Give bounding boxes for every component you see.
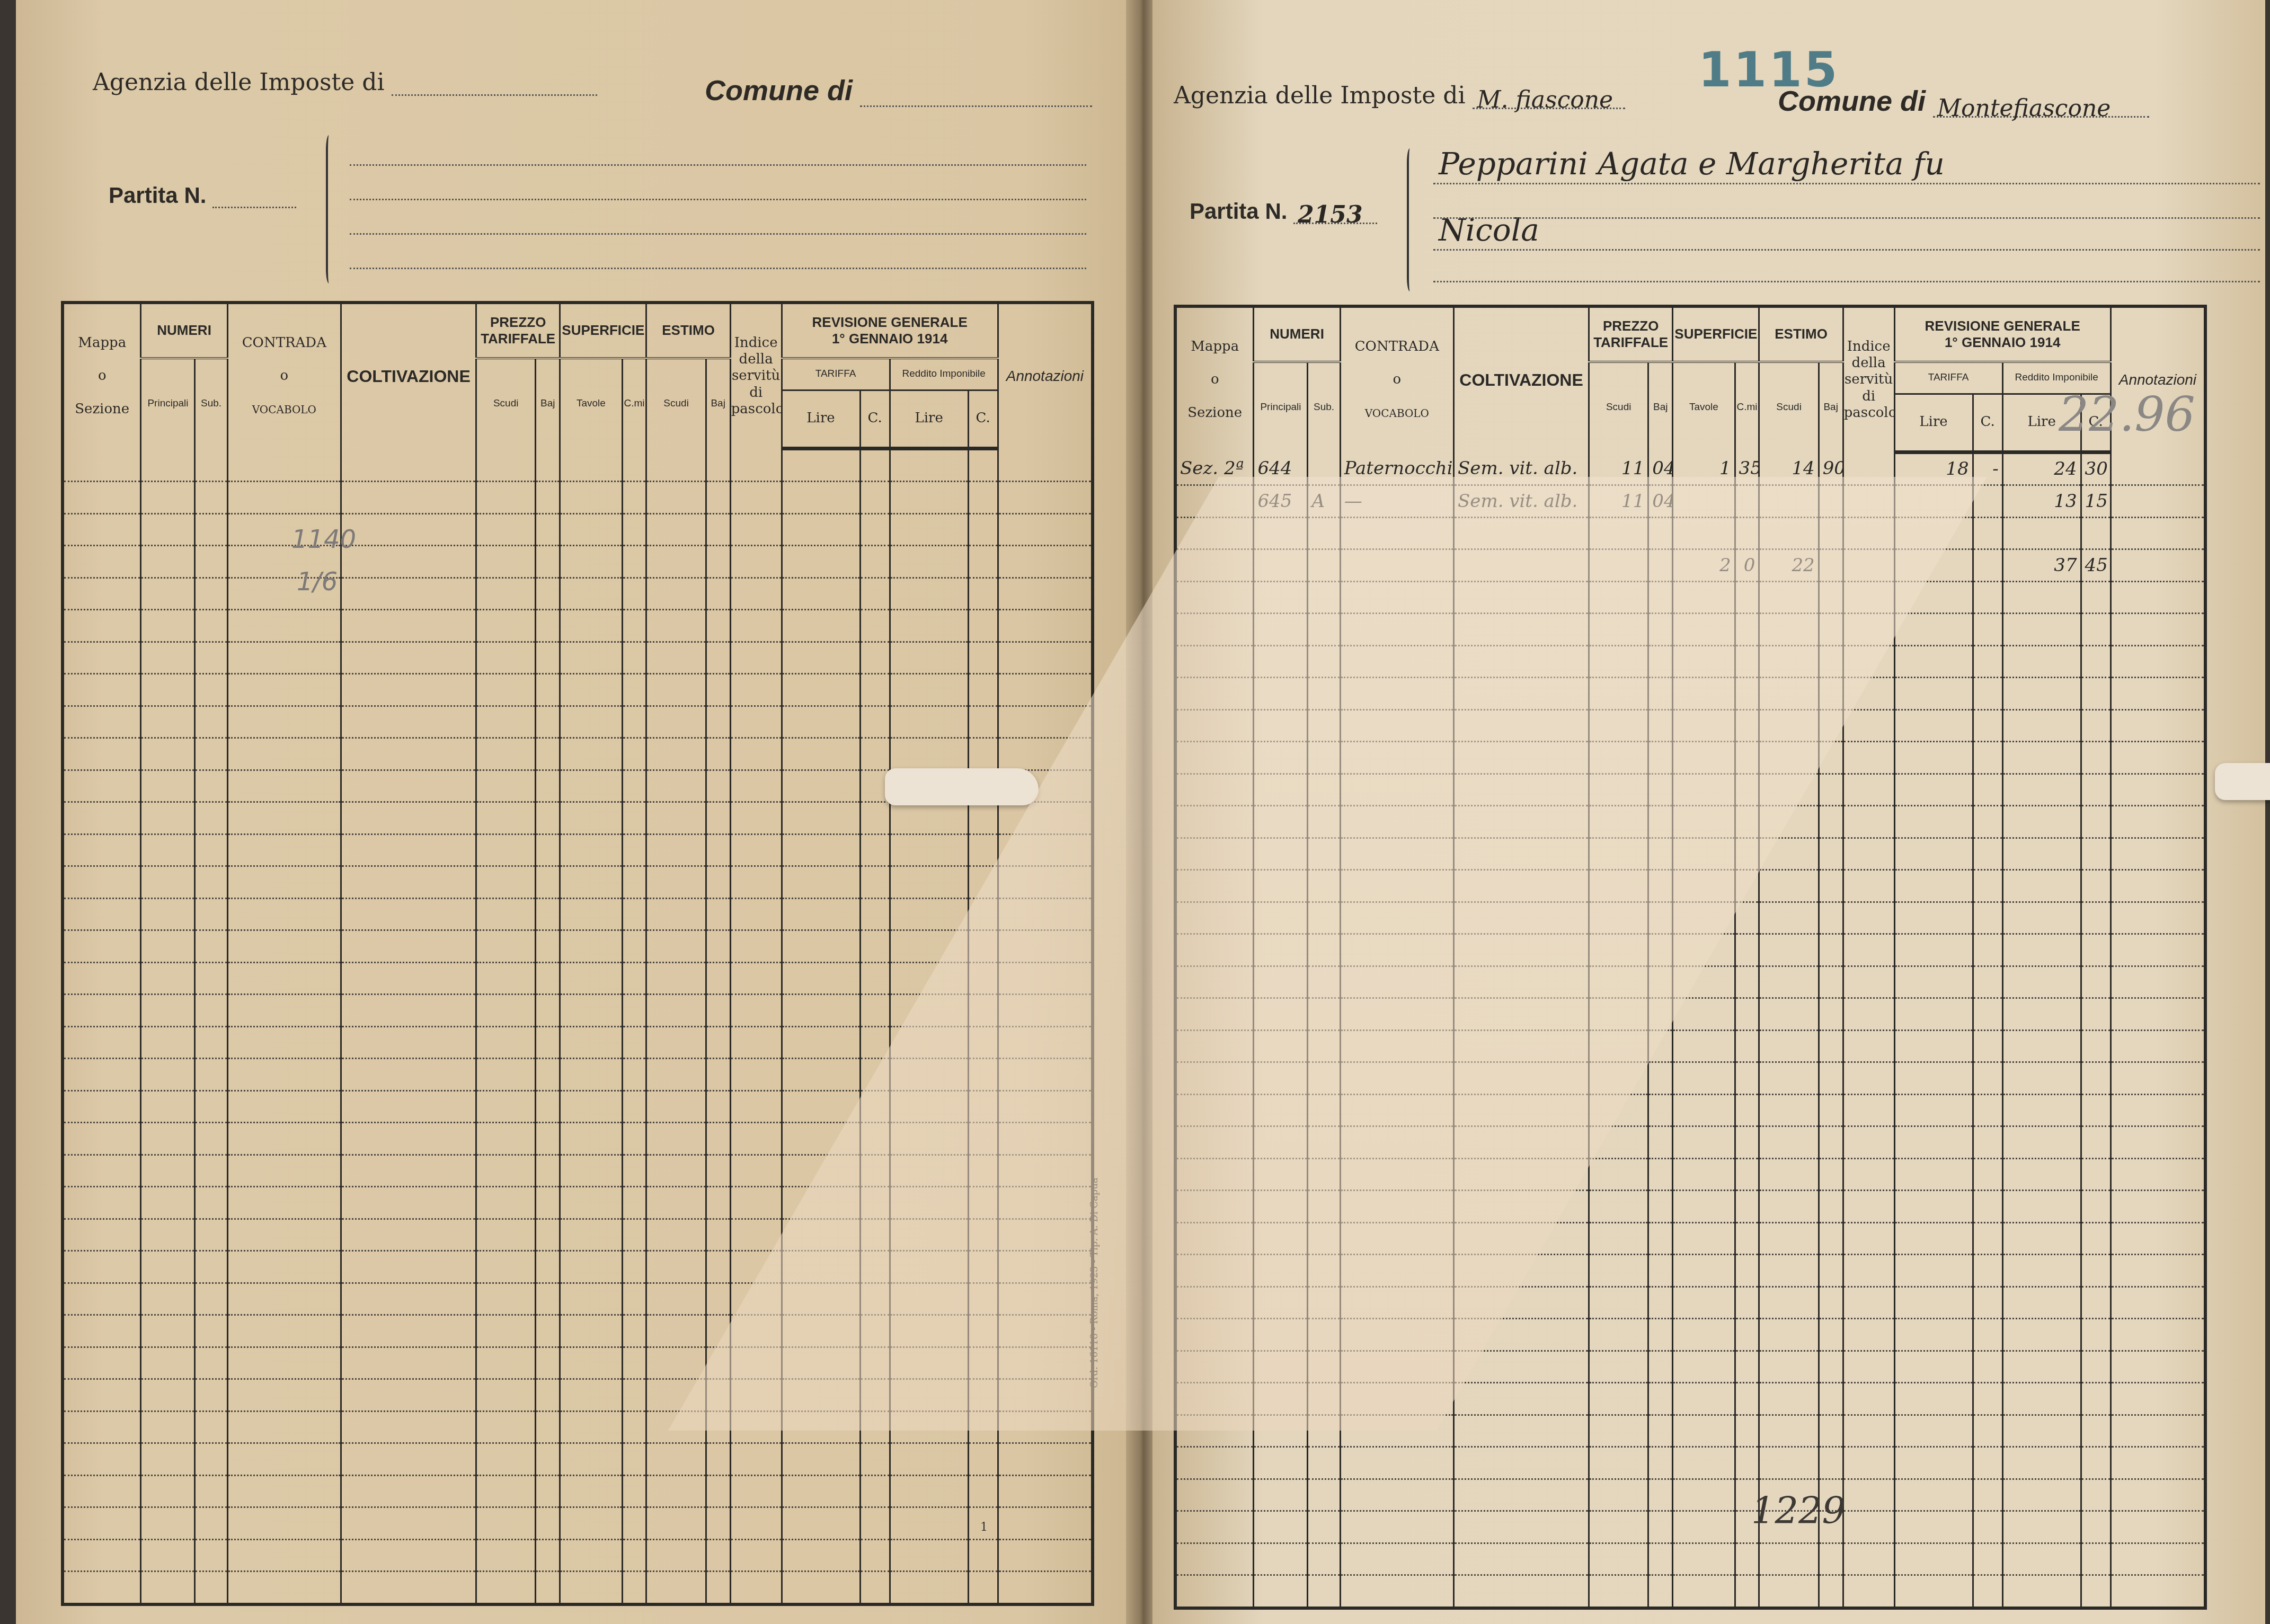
cell-mappa (63, 898, 141, 930)
footer-mark: 1 (980, 1521, 988, 1534)
cell-indice (730, 1251, 782, 1283)
cell-sup-cmi (622, 1090, 646, 1123)
cell-indice (1843, 1062, 1894, 1095)
cell-tariffa-lire (1894, 1575, 1973, 1608)
cell-estimo-scudi (1759, 774, 1819, 806)
cell-sub (195, 1123, 227, 1155)
cell-contrada (227, 1219, 341, 1251)
cell-sup-tavole (560, 1283, 622, 1315)
cell-principali (1254, 1222, 1308, 1255)
cell-sup-tavole (560, 1475, 622, 1507)
partita-label: Partita N. (1190, 199, 1287, 224)
cell-prezzo-baj (1648, 1383, 1673, 1415)
cell-prezzo-scudi (476, 738, 536, 770)
cell-mappa (1175, 678, 1254, 710)
cell-indice (1843, 902, 1894, 934)
cell-mappa (63, 1507, 141, 1540)
cell-prezzo-scudi (1589, 1222, 1648, 1255)
cell-prezzo-scudi (476, 1251, 536, 1283)
cell-mappa (1175, 1447, 1254, 1479)
cell-indice (730, 546, 782, 578)
cell-sup-tavole (1673, 1543, 1735, 1575)
cell-sup-cmi (1735, 774, 1759, 806)
table-row (63, 898, 1093, 930)
cell-annotazioni (998, 610, 1093, 642)
cell-reddito-lire (890, 1251, 968, 1283)
cell-sup-tavole (1673, 517, 1735, 549)
cell-estimo-scudi (646, 1411, 706, 1443)
cell-estimo-baj (1819, 1286, 1843, 1319)
cell-sub (195, 578, 227, 610)
cell-principali (1254, 1094, 1308, 1126)
cell-sup-cmi (1735, 1319, 1759, 1351)
paper-tear (885, 768, 1039, 805)
cell-principali (141, 513, 195, 546)
cell-sub (1308, 1286, 1340, 1319)
cell-sub (195, 802, 227, 835)
cell-mappa (63, 578, 141, 610)
owner-line (350, 233, 1086, 235)
cell-contrada (227, 770, 341, 802)
agenzia-label: Agenzia delle Imposte di (1174, 82, 1465, 109)
cell-sup-tavole (560, 930, 622, 963)
col-prezzo: PREZZOTARIFFALE (1589, 306, 1673, 362)
right-register-table: MappaoSezioneNUMERICONTRADAoVOCABOLOCOLT… (1174, 305, 2207, 1610)
cell-sub (1308, 1191, 1340, 1223)
cell-sup-tavole (1673, 1255, 1735, 1287)
cell-tariffa-c (860, 1090, 890, 1123)
cell-sub (1308, 1030, 1340, 1062)
cell-coltivazione (1453, 581, 1589, 614)
cell-contrada (227, 1411, 341, 1443)
cell-reddito-c (968, 578, 998, 610)
right-comune-line: Comune di Montefiascone (1778, 85, 2149, 118)
cell-tariffa-c (1973, 1222, 2002, 1255)
cell-sub (195, 546, 227, 578)
cell-estimo-baj (1819, 870, 1843, 902)
cell-prezzo-scudi (476, 1539, 536, 1572)
cell-reddito-lire (890, 1443, 968, 1476)
cell-tariffa-lire (782, 1155, 860, 1187)
cell-indice (730, 706, 782, 738)
cell-tariffa-lire (782, 482, 860, 514)
cell-prezzo-baj (1648, 1543, 1673, 1575)
cell-prezzo-scudi (476, 1219, 536, 1251)
cell-annotazioni (998, 578, 1093, 610)
cell-annotazioni (998, 1475, 1093, 1507)
cell-prezzo-scudi (476, 1090, 536, 1123)
cell-sup-tavole (1673, 838, 1735, 870)
cell-coltivazione (1453, 645, 1589, 678)
cell-contrada (1340, 806, 1453, 838)
cell-indice (730, 578, 782, 610)
col-indice: Indicedellaservitùdipascolo (1843, 306, 1894, 452)
cell-estimo-baj (1819, 1255, 1843, 1287)
cell-tariffa-lire (782, 1026, 860, 1059)
cell-indice (1843, 998, 1894, 1031)
cell-prezzo-scudi (1589, 1319, 1648, 1351)
cell-sub (195, 610, 227, 642)
cell-prezzo-baj (1648, 966, 1673, 998)
cell-tariffa-lire (782, 1572, 860, 1604)
cell-sub (1308, 1447, 1340, 1479)
cell-annotazioni (2111, 614, 2205, 646)
cell-contrada (1340, 774, 1453, 806)
cell-prezzo-scudi (476, 578, 536, 610)
cell-reddito-c (968, 802, 998, 835)
cell-sub (1308, 1511, 1340, 1543)
cell-tariffa-lire (1894, 517, 1973, 549)
cell-tariffa-c (860, 1411, 890, 1443)
table-row (1175, 1126, 2205, 1159)
cell-tariffa-c (860, 674, 890, 706)
cell-sup-tavole (560, 738, 622, 770)
cell-sup-cmi (1735, 966, 1759, 998)
cell-reddito-c (2081, 870, 2111, 902)
cell-prezzo-baj (1648, 1062, 1673, 1095)
cell-sup-tavole (560, 1219, 622, 1251)
cell-tariffa-lire (1894, 1319, 1973, 1351)
cell-contrada (1340, 870, 1453, 902)
cell-estimo-scudi (1759, 1319, 1819, 1351)
cell-sub (195, 1572, 227, 1604)
cell-estimo-scudi (646, 1475, 706, 1507)
cell-mappa (63, 1090, 141, 1123)
cell-contrada (1340, 1511, 1453, 1543)
cell-prezzo-scudi (1589, 549, 1648, 582)
cell-tariffa-lire (1894, 709, 1973, 742)
cell-annotazioni (998, 448, 1093, 482)
cell-sup-tavole (1673, 1222, 1735, 1255)
cell-mappa (1175, 1126, 1254, 1159)
col-superficie: SUPERFICIE (1673, 306, 1759, 362)
cell-reddito-lire (2002, 902, 2081, 934)
cell-estimo-scudi (646, 578, 706, 610)
cell-indice (1843, 1447, 1894, 1479)
cell-principali (1254, 1383, 1308, 1415)
cell-sub (195, 1443, 227, 1476)
cell-contrada (227, 1539, 341, 1572)
cell-mappa (1175, 1191, 1254, 1223)
cell-sub (1308, 549, 1340, 582)
cell-tariffa-c (860, 834, 890, 866)
cell-reddito-lire (890, 1475, 968, 1507)
cell-sup-tavole (1673, 581, 1735, 614)
cell-contrada (227, 834, 341, 866)
cell-principali (1254, 1415, 1308, 1447)
cell-prezzo-baj (1648, 645, 1673, 678)
cell-estimo-baj (706, 513, 730, 546)
cell-mappa (1175, 1575, 1254, 1608)
cell-estimo-baj (1819, 966, 1843, 998)
cell-sup-tavole (1673, 1062, 1735, 1095)
cell-sup-cmi (1735, 934, 1759, 966)
cell-principali (141, 1315, 195, 1347)
cell-estimo-scudi (646, 674, 706, 706)
cell-coltivazione (1453, 1575, 1589, 1608)
cell-estimo-baj (706, 448, 730, 482)
cell-principali (141, 482, 195, 514)
cell-estimo-scudi (646, 898, 706, 930)
cell-principali (141, 738, 195, 770)
cell-reddito-c (968, 546, 998, 578)
cell-indice (1843, 1383, 1894, 1415)
cell-tariffa-lire (782, 1443, 860, 1476)
cell-reddito-lire (890, 578, 968, 610)
cell-contrada (227, 1090, 341, 1123)
cell-annotazioni (998, 1572, 1093, 1604)
cell-mappa (1175, 1222, 1254, 1255)
cell-indice (730, 1347, 782, 1379)
cell-contrada (1340, 1319, 1453, 1351)
cell-tariffa-c (860, 802, 890, 835)
cell-coltivazione (1453, 1383, 1589, 1415)
printer-imprint: Ord. 16118 - Roma, 1923 - Tip. A. Di Cap… (1089, 1177, 1100, 1388)
cell-sub (195, 995, 227, 1027)
cell-coltivazione (341, 1155, 476, 1187)
cell-prezzo-scudi (476, 1059, 536, 1091)
cell-prezzo-scudi (1589, 1191, 1648, 1223)
cell-coltivazione (341, 995, 476, 1027)
cell-sup-cmi (622, 995, 646, 1027)
cell-contrada (227, 1251, 341, 1283)
cell-sup-tavole (560, 866, 622, 899)
cell-estimo-baj (1819, 1415, 1843, 1447)
table-row (1175, 614, 2205, 646)
cell-tariffa-lire (782, 1379, 860, 1412)
cell-sup-tavole (1673, 998, 1735, 1031)
cell-prezzo-baj (536, 1090, 560, 1123)
partita-field (212, 191, 296, 208)
cell-principali (141, 1059, 195, 1091)
cell-annotazioni (998, 1090, 1093, 1123)
cell-estimo-baj (706, 802, 730, 835)
cell-reddito-lire (2002, 517, 2081, 549)
cell-sup-tavole (560, 834, 622, 866)
cell-estimo-baj (706, 1507, 730, 1540)
cell-estimo-scudi (1759, 1543, 1819, 1575)
cell-tariffa-c (1973, 581, 2002, 614)
cell-sub (1308, 1351, 1340, 1383)
cell-principali (141, 802, 195, 835)
cell-sub (195, 1315, 227, 1347)
cell-sup-tavole (1673, 678, 1735, 710)
cell-reddito-lire (2002, 966, 2081, 998)
cell-reddito-lire (2002, 1062, 2081, 1095)
cell-sub (195, 898, 227, 930)
table-row (63, 1572, 1093, 1604)
cell-annotazioni (2111, 1511, 2205, 1543)
table-row (63, 1443, 1093, 1476)
cell-principali (1254, 709, 1308, 742)
cell-reddito-lire (2002, 1511, 2081, 1543)
cell-mappa (1175, 902, 1254, 934)
cell-estimo-baj (706, 930, 730, 963)
cell-mappa (63, 1026, 141, 1059)
cell-reddito-lire (890, 1347, 968, 1379)
cell-reddito-c (2081, 614, 2111, 646)
table-row (1175, 581, 2205, 614)
cell-sub (1308, 1543, 1340, 1575)
table-row (63, 995, 1093, 1027)
cell-coltivazione (341, 834, 476, 866)
cell-contrada (227, 1155, 341, 1187)
cell-estimo-baj (706, 738, 730, 770)
cell-prezzo-scudi (476, 610, 536, 642)
cell-prezzo-baj (1648, 549, 1673, 582)
cell-tariffa-lire (782, 1090, 860, 1123)
cell-estimo-baj (706, 1475, 730, 1507)
cell-reddito-lire: 24 (2002, 452, 2081, 485)
cell-estimo-scudi (646, 610, 706, 642)
cell-annotazioni (2111, 1319, 2205, 1351)
cell-prezzo-baj: 04 (1648, 485, 1673, 518)
cell-indice (1843, 517, 1894, 549)
cell-tariffa-lire (782, 802, 860, 835)
cell-estimo-scudi (646, 642, 706, 674)
cell-reddito-c (2081, 1543, 2111, 1575)
cell-sup-cmi: 0 (1735, 549, 1759, 582)
cell-annotazioni (998, 1251, 1093, 1283)
book-spread: Agenzia delle Imposte di Comune di Parti… (0, 0, 2270, 1624)
cell-coltivazione (1453, 709, 1589, 742)
cell-coltivazione (1453, 1191, 1589, 1223)
cell-prezzo-baj (1648, 1030, 1673, 1062)
cell-principali (141, 610, 195, 642)
cell-contrada (1340, 1158, 1453, 1191)
cell-tariffa-lire (1894, 581, 1973, 614)
cell-estimo-baj (1819, 1062, 1843, 1095)
owner-line (1433, 281, 2260, 282)
cell-tariffa-c (860, 546, 890, 578)
cell-estimo-scudi (646, 962, 706, 995)
cell-coltivazione (341, 1572, 476, 1604)
cell-contrada (1340, 742, 1453, 774)
cell-mappa (1175, 1543, 1254, 1575)
cell-prezzo-baj (1648, 934, 1673, 966)
cell-sub (195, 866, 227, 899)
cell-indice (730, 448, 782, 482)
footer-number: 1229 (1751, 1489, 1846, 1532)
cell-annotazioni (998, 1059, 1093, 1091)
cell-tariffa-lire (1894, 678, 1973, 710)
pencil-note: 1/6 (297, 567, 338, 597)
cell-indice (730, 1123, 782, 1155)
cell-prezzo-scudi (476, 802, 536, 835)
cell-contrada (227, 802, 341, 835)
cell-sub (195, 513, 227, 546)
cell-reddito-lire (890, 1411, 968, 1443)
cell-mappa (63, 1123, 141, 1155)
cell-tariffa-c (1973, 645, 2002, 678)
cell-sup-tavole (560, 770, 622, 802)
cell-prezzo-baj (536, 1251, 560, 1283)
cell-estimo-baj (1819, 1383, 1843, 1415)
table-row: 20223745 (1175, 549, 2205, 582)
table-row (63, 738, 1093, 770)
cell-sup-cmi (1735, 1543, 1759, 1575)
cell-sub (1308, 838, 1340, 870)
cell-mappa (63, 738, 141, 770)
cell-mappa (63, 995, 141, 1027)
cell-reddito-c (968, 1443, 998, 1476)
cell-estimo-scudi (1759, 1575, 1819, 1608)
cell-prezzo-baj (536, 1123, 560, 1155)
cell-sup-cmi (622, 706, 646, 738)
cell-prezzo-baj (536, 1315, 560, 1347)
cell-contrada (1340, 1030, 1453, 1062)
cell-estimo-baj (706, 674, 730, 706)
cell-prezzo-scudi (476, 1475, 536, 1507)
cell-sup-cmi (622, 1315, 646, 1347)
cell-estimo-baj (1819, 614, 1843, 646)
table-row (1175, 1062, 2205, 1095)
cell-sub (1308, 709, 1340, 742)
cell-reddito-lire (2002, 1126, 2081, 1159)
cell-principali (141, 1123, 195, 1155)
cell-indice (1843, 1158, 1894, 1191)
cell-indice (1843, 870, 1894, 902)
cell-annotazioni (998, 1283, 1093, 1315)
cell-annotazioni (998, 1123, 1093, 1155)
cell-sup-cmi (622, 1155, 646, 1187)
agenzia-label: Agenzia delle Imposte di (93, 69, 384, 96)
cell-sup-cmi (1735, 614, 1759, 646)
cell-contrada (1340, 1543, 1453, 1575)
cell-annotazioni (998, 1379, 1093, 1412)
cell-tariffa-c (860, 1539, 890, 1572)
cell-sup-cmi (622, 546, 646, 578)
cell-principali (1254, 966, 1308, 998)
cell-reddito-lire (890, 610, 968, 642)
cell-tariffa-c (860, 1572, 890, 1604)
cell-tariffa-c (1973, 774, 2002, 806)
cell-indice (730, 610, 782, 642)
cell-principali (1254, 870, 1308, 902)
cell-estimo-scudi (646, 834, 706, 866)
agenzia-field (392, 73, 597, 96)
cell-indice (1843, 774, 1894, 806)
cell-indice (1843, 1479, 1894, 1511)
cell-contrada (227, 1347, 341, 1379)
cell-contrada (1340, 581, 1453, 614)
cell-annotazioni (998, 898, 1093, 930)
cell-mappa (1175, 870, 1254, 902)
cell-reddito-c (968, 1155, 998, 1187)
cell-sub (1308, 614, 1340, 646)
cell-sup-tavole (1673, 1094, 1735, 1126)
cell-contrada (1340, 838, 1453, 870)
cell-annotazioni (2111, 1351, 2205, 1383)
cell-coltivazione (341, 1475, 476, 1507)
cell-indice (730, 1572, 782, 1604)
cell-reddito-lire (890, 962, 968, 995)
cell-mappa (1175, 1158, 1254, 1191)
cell-tariffa-c (1973, 1158, 2002, 1191)
cell-tariffa-lire (1894, 1222, 1973, 1255)
cell-prezzo-scudi (1589, 1479, 1648, 1511)
cell-tariffa-lire (1894, 902, 1973, 934)
cell-contrada (1340, 1351, 1453, 1383)
cell-sup-tavole (1673, 806, 1735, 838)
cell-principali (141, 834, 195, 866)
cell-prezzo-baj (1648, 1351, 1673, 1383)
cell-principali: 645 (1254, 485, 1308, 518)
cell-estimo-scudi (1759, 678, 1819, 710)
cell-estimo-scudi (646, 1059, 706, 1091)
cell-sub (1308, 1062, 1340, 1095)
cell-tariffa-c (1973, 1286, 2002, 1319)
